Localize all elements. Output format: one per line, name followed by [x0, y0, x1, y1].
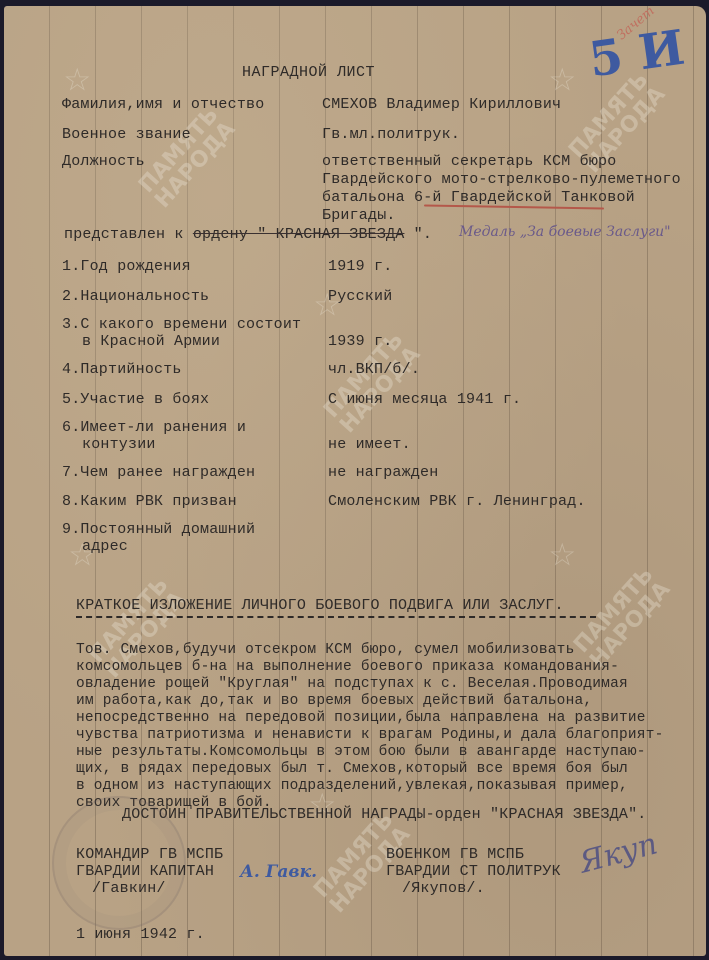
item-label-cont: адрес: [82, 538, 128, 555]
left-signatory-title: КОМАНДИР ГВ МСПБ: [76, 846, 223, 863]
item-value: чл.ВКП/б/.: [328, 361, 420, 378]
left-signatory-rank: ГВАРДИИ КАПИТАН: [76, 863, 214, 880]
item-label: 2.Национальность: [62, 288, 209, 305]
right-signature: Якуп: [576, 826, 661, 880]
item-label: 8.Каким РВК призван: [62, 493, 237, 510]
position-line: батальона 6-й Гвардейской Танковой: [322, 189, 635, 206]
award-sheet-page: ☆ ПАМЯТЬНАРОДА ☆ ПАМЯТЬНАРОДА ☆ ПАМЯТЬНА…: [4, 6, 706, 956]
document-title: НАГРАДНОЙ ЛИСТ: [242, 64, 375, 81]
handwritten-award-correction: Медаль „За боевые Заслуги": [459, 224, 671, 240]
position-line: Гвардейского мото-стрелково-пулеметного: [322, 171, 681, 188]
item-value: Смоленским РВК г. Ленинград.: [328, 493, 586, 510]
item-label: 9.Постоянный домашний: [62, 521, 255, 538]
item-label: 5.Участие в боях: [62, 391, 209, 408]
left-signatory-name: /Гавкин/: [92, 880, 166, 897]
summary-line: им работа,как до,так и во время боевых д…: [76, 693, 592, 709]
item-label: 1.Год рождения: [62, 258, 191, 275]
position-line: ответственный секретарь КСМ бюро: [322, 153, 616, 170]
item-label: 4.Партийность: [62, 361, 182, 378]
nominated-prefix: представлен к: [64, 226, 184, 243]
summary-line: овладение рощей "Круглая" на подступах к…: [76, 676, 628, 692]
rank-label: Военное звание: [62, 126, 191, 143]
nominated-line: представлен к ордену " КРАСНАЯ ЗВЕЗДА ".: [64, 226, 432, 243]
item-value: 1919 г.: [328, 258, 392, 275]
conclusion-text: ДОСТОИН ПРАВИТЕЛЬСТВЕННОЙ НАГРАДЫ-орден …: [122, 806, 646, 823]
left-signature: А. Гавк.: [240, 862, 317, 882]
nominated-suffix: ".: [414, 226, 432, 243]
summary-line: ные результаты.Комсомольцы в этом бою бы…: [76, 744, 646, 760]
summary-line: комсомольцев б-на на выполнение боевого …: [76, 659, 619, 675]
rank-value: Гв.мл.политрук.: [322, 126, 460, 143]
nominated-struck-award: ордену " КРАСНАЯ ЗВЕЗДА: [193, 226, 405, 243]
summary-line: щих, в рядах передовых был т. Смехов,кот…: [76, 761, 628, 777]
item-label: 7.Чем ранее награжден: [62, 464, 255, 481]
right-signatory-title: ВОЕНКОМ ГВ МСПБ: [386, 846, 524, 863]
watermark-star-icon: ☆: [549, 526, 576, 580]
summary-heading: КРАТКОЕ ИЗЛОЖЕНИЕ ЛИЧНОГО БОЕВОГО ПОДВИГ…: [76, 597, 564, 614]
item-value: Русский: [328, 288, 392, 305]
item-value: не награжден: [328, 464, 438, 481]
summary-line: чувства патриотизма и ненависти к врагам…: [76, 727, 664, 743]
item-value: не имеет.: [328, 436, 411, 453]
name-label: Фамилия,имя и отчество: [62, 96, 264, 113]
position-label: Должность: [62, 153, 145, 170]
right-signatory-rank: ГВАРДИИ СТ ПОЛИТРУК: [386, 863, 561, 880]
summary-line: непосредственно на передовой позиции,был…: [76, 710, 646, 726]
summary-heading-underline: [76, 616, 596, 618]
summary-line: в одном из наступающих подразделений,увл…: [76, 778, 628, 794]
watermark: ПАМЯТЬНАРОДА: [570, 564, 674, 673]
watermark: ПАМЯТЬНАРОДА: [135, 104, 239, 213]
item-label-cont: в Красной Армии: [82, 333, 220, 350]
right-signatory-name: /Якупов/.: [402, 880, 485, 897]
item-label-cont: контузии: [82, 436, 156, 453]
item-label: 6.Имеет-ли ранения и: [62, 419, 246, 436]
item-value: 1939 г.: [328, 333, 392, 350]
summary-line: Тов. Смехов,будучи отсекром КСМ бюро, су…: [76, 642, 574, 658]
position-line: Бригады.: [322, 207, 396, 224]
item-label: 3.С какого времени состоит: [62, 316, 301, 333]
document-date: 1 июня 1942 г.: [76, 926, 205, 943]
item-value: С июня месяца 1941 г.: [328, 391, 521, 408]
name-value: СМЕХОВ Владимер Кириллович: [322, 96, 561, 113]
